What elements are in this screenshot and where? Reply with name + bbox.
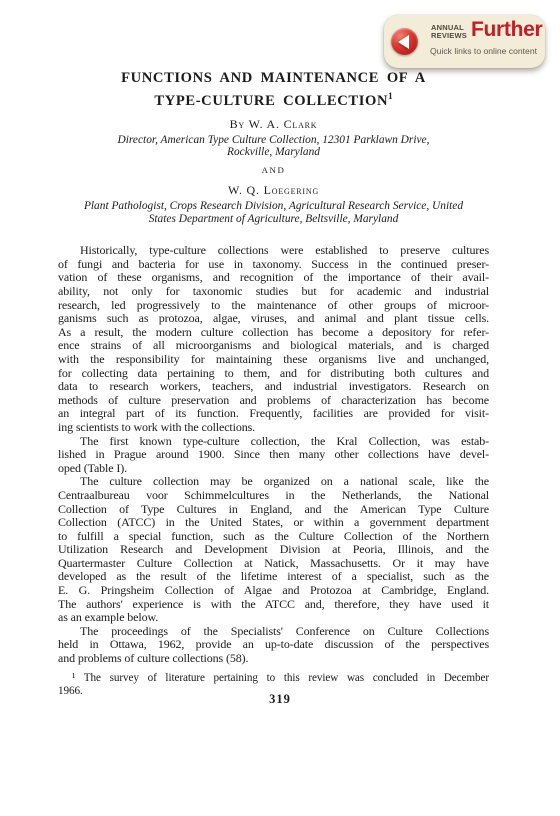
author2-affiliation-line2: States Department of Agriculture, Beltsv… <box>58 213 489 226</box>
annual-reviews-logo-line2: REVIEWS <box>431 32 467 40</box>
author1-byline: By W. A. Clark <box>58 117 489 132</box>
text-line: as an example below. <box>58 611 489 625</box>
article-title-line2: TYPE-CULTURE COLLECTION1 <box>58 88 489 110</box>
author2-name: W. Q. Loegering <box>58 183 489 198</box>
text-line: with the responsibility for maintaining … <box>58 353 489 367</box>
text-line: Collection of Type Cultures in England, … <box>58 503 489 517</box>
author1-affiliation-line1: Director, American Type Culture Collecti… <box>58 134 489 147</box>
text-line: to fulfill a special function, such as t… <box>58 530 489 544</box>
text-line: for collecting data pertaining to them, … <box>58 367 489 381</box>
text-line: Collection (ATCC) in the United States, … <box>58 516 489 530</box>
text-line: research, led progressively to the maint… <box>58 299 489 313</box>
text-line: Quartermaster Culture Collection at Nati… <box>58 557 489 571</box>
text-line: data to research workers, teachers, and … <box>58 380 489 394</box>
text-line: lished in Prague around 1900. Since then… <box>58 448 489 462</box>
text-line: methods of culture preservation and prob… <box>58 394 489 408</box>
article-title: FUNCTIONS AND MAINTENANCE OF A TYPE-CULT… <box>58 70 489 110</box>
article-title-line1: FUNCTIONS AND MAINTENANCE OF A <box>58 70 489 88</box>
text-line: vation of these organisms, and recogniti… <box>58 271 489 285</box>
text-line: ganisms such as protozoa, algae, viruses… <box>58 312 489 326</box>
paragraph: The first known type-culture collection,… <box>58 435 489 476</box>
text-line: developed as the result of the lifetime … <box>58 570 489 584</box>
title-footnote-marker: 1 <box>388 91 393 101</box>
text-line: The culture collection may be organized … <box>58 475 489 489</box>
text-line: and problems of culture collections (58)… <box>58 652 489 666</box>
text-line: Utilization Research and Development Div… <box>58 543 489 557</box>
text-line: E. G. Pringsheim Collection of Algae and… <box>58 584 489 598</box>
authors-connector: AND <box>58 165 489 175</box>
text-line: Historically, type-culture collections w… <box>58 244 489 258</box>
text-line: As a result, the modern culture collecti… <box>58 326 489 340</box>
text-line: ence strains of all microorganisms and b… <box>58 339 489 353</box>
author2-affiliation: Plant Pathologist, Crops Research Divisi… <box>58 200 489 225</box>
text-line: The first known type-culture collection,… <box>58 435 489 449</box>
left-triangle-icon <box>398 35 409 49</box>
text-line: The proceedings of the Specialists' Conf… <box>58 625 489 639</box>
text-line: of fungi and bacteria for use in taxonom… <box>58 258 489 272</box>
text-line: oped (Table I). <box>58 462 489 476</box>
paragraph: The proceedings of the Specialists' Conf… <box>58 625 489 666</box>
annual-reviews-further-badge[interactable]: ANNUAL REVIEWS Further Quick links to on… <box>384 15 545 68</box>
text-line: Centraalbureau voor Schimmelcultures in … <box>58 489 489 503</box>
author1-affiliation-line2: Rockville, Maryland <box>58 146 489 159</box>
further-wordmark: Further <box>471 18 542 42</box>
play-back-icon <box>391 28 418 55</box>
annual-reviews-logo: ANNUAL REVIEWS <box>431 24 467 40</box>
text-line: ¹ The survey of literature pertaining to… <box>58 672 489 686</box>
body-text: Historically, type-culture collections w… <box>58 244 489 665</box>
text-line: an integral part of its function. Freque… <box>58 407 489 421</box>
author2-affiliation-line1: Plant Pathologist, Crops Research Divisi… <box>58 200 489 213</box>
text-line: The authors' experience is with the ATCC… <box>58 598 489 612</box>
paragraph: The culture collection may be organized … <box>58 475 489 625</box>
page-number: 319 <box>0 692 560 707</box>
author1-affiliation: Director, American Type Culture Collecti… <box>58 134 489 159</box>
article-page: ANNUAL REVIEWS Further Quick links to on… <box>0 0 560 816</box>
text-line: ing scientists to work with the collecti… <box>58 421 489 435</box>
article-content: FUNCTIONS AND MAINTENANCE OF A TYPE-CULT… <box>58 70 489 699</box>
badge-tagline: Quick links to online content <box>430 46 537 56</box>
paragraph: Historically, type-culture collections w… <box>58 244 489 434</box>
text-line: held in Ottawa, 1962, provide an up-to-d… <box>58 638 489 652</box>
text-line: ability, not only for taxonomic studies … <box>58 285 489 299</box>
